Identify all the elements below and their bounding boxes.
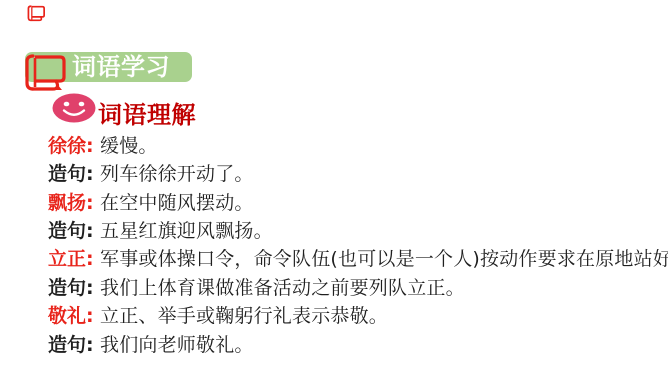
banner-word-learning: 词语学习 <box>25 52 192 82</box>
term-definition: 缓慢。 <box>100 131 158 158</box>
sentence-label: 造句: <box>48 330 100 357</box>
smiley-face-icon <box>52 93 96 123</box>
term-label: 飘扬: <box>48 188 100 215</box>
sentence-text: 我们向老师敬礼。 <box>100 330 254 357</box>
sentence-label: 造句: <box>48 216 100 243</box>
term-definition: 立正、举手或鞠躬行礼表示恭敬。 <box>100 301 388 328</box>
sentence-label: 造句: <box>48 159 100 186</box>
open-book-icon <box>24 53 68 93</box>
vocab-term-row: 飘扬: 在空中随风摆动。 <box>48 187 660 215</box>
vocab-term-row: 立正: 军事或体操口令，命令队伍(也可以是一个人)按动作要求在原地站好。 <box>48 244 660 272</box>
term-definition: 在空中随风摆动。 <box>100 188 254 215</box>
term-definition: 军事或体操口令，命令队伍(也可以是一个人)按动作要求在原地站好。 <box>100 244 668 271</box>
sentence-row: 造句: 列车徐徐开动了。 <box>48 158 660 186</box>
vocab-term-row: 徐徐: 缓慢。 <box>48 130 660 158</box>
section-title: 词语理解 <box>98 95 196 130</box>
banner-title: 词语学习 <box>72 52 170 82</box>
sentence-row: 造句: 五星红旗迎风飘扬。 <box>48 215 660 243</box>
sentence-row: 造句: 我们向老师敬礼。 <box>48 329 660 357</box>
sentence-text: 列车徐徐开动了。 <box>100 159 254 186</box>
vocab-term-row: 敬礼: 立正、举手或鞠躬行礼表示恭敬。 <box>48 301 660 329</box>
term-label: 敬礼: <box>48 301 100 328</box>
term-label: 徐徐: <box>48 131 100 158</box>
slide: { "colors": { "banner-green": "#a9d18e",… <box>0 0 668 376</box>
sentence-label: 造句: <box>48 273 100 300</box>
sentence-text: 五星红旗迎风飘扬。 <box>100 216 273 243</box>
sentence-text: 我们上体育课做准备活动之前要列队立正。 <box>100 273 465 300</box>
term-label: 立正: <box>48 244 100 271</box>
vocab-list: 徐徐: 缓慢。 造句: 列车徐徐开动了。 飘扬: 在空中随风摆动。 造句: 五星… <box>48 130 660 358</box>
open-book-corner-icon <box>26 5 47 22</box>
sentence-row: 造句: 我们上体育课做准备活动之前要列队立正。 <box>48 272 660 300</box>
